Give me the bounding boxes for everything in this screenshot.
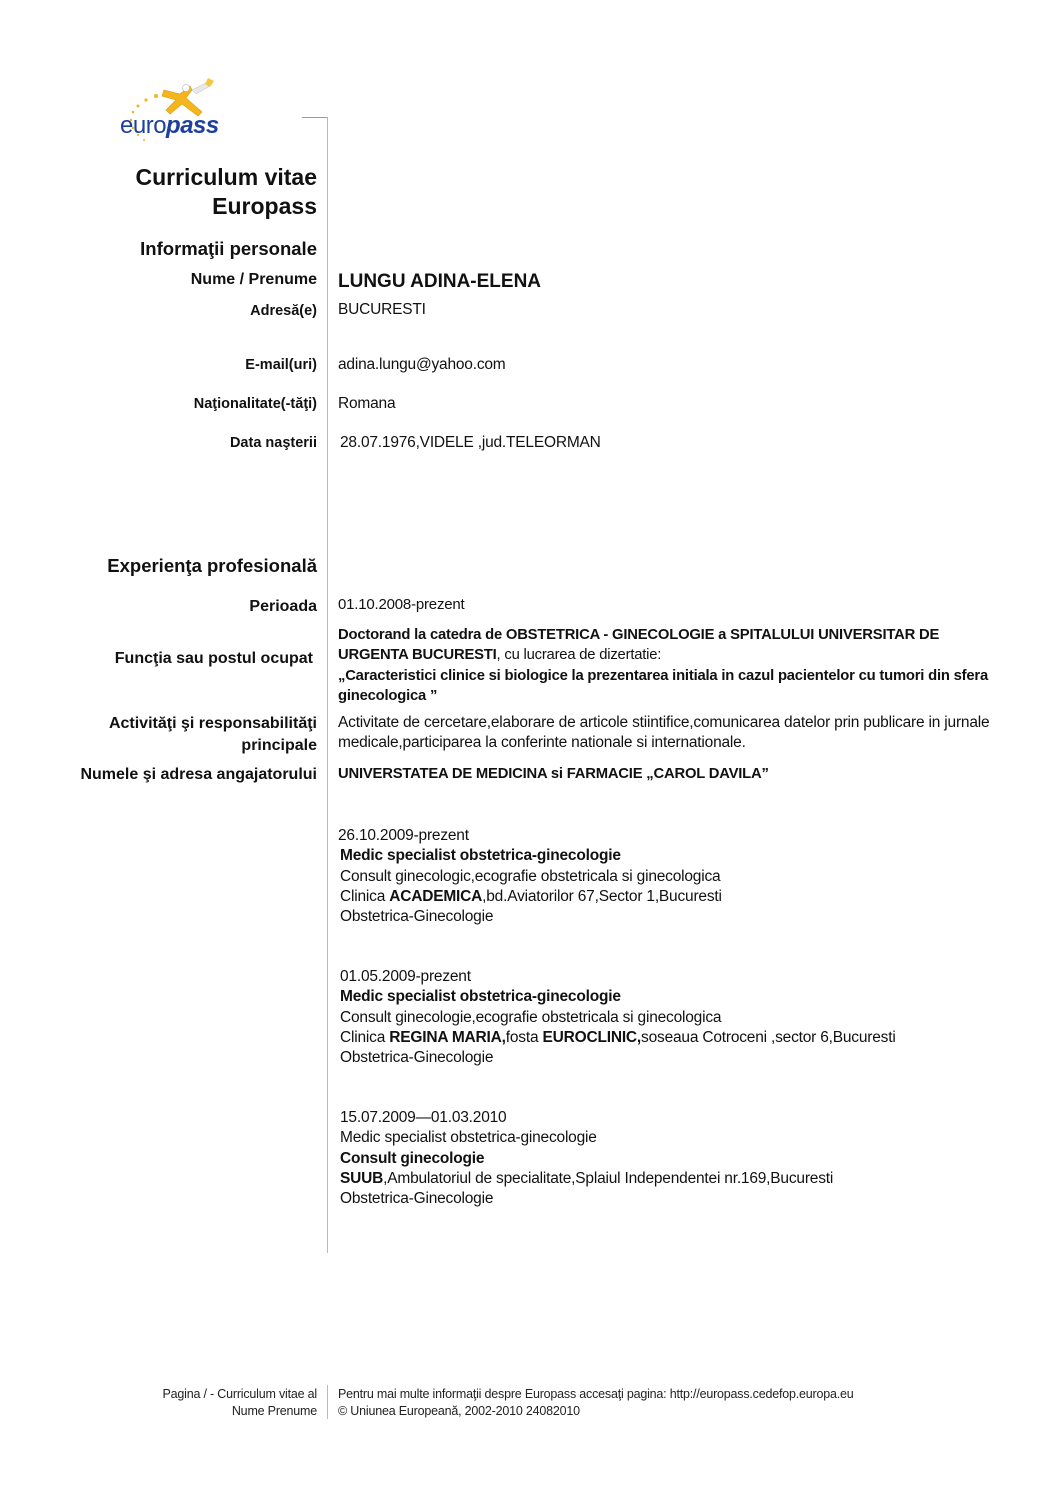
label-period: Perioada <box>249 598 317 616</box>
place-name: REGINA MARIA, <box>389 1029 506 1046</box>
entry-title: Medic specialist obstetrica-ginecologie <box>340 988 621 1005</box>
position-line-1: Doctorand la catedra de OBSTETRICA - GIN… <box>338 627 939 643</box>
footer-right-line-1[interactable]: Pentru mai multe informaţii despre Europ… <box>338 1386 854 1403</box>
entry-period: 01.05.2009-prezent <box>338 967 896 987</box>
entry-period: 26.10.2009-prezent <box>338 826 722 846</box>
europass-wordmark: europass <box>120 112 219 140</box>
wordmark-euro: euro <box>120 112 166 139</box>
section-experience-heading: Experienţa profesională <box>107 555 317 577</box>
entry-period: 15.07.2009—01.03.2010 <box>338 1108 833 1128</box>
value-birth-date: 28.07.1976,VIDELE ,jud.TELEORMAN <box>340 434 601 452</box>
label-birth-date: Data naşterii <box>230 435 317 451</box>
place-address: ,Ambulatoriul de specialitate,Splaiul In… <box>383 1170 833 1187</box>
entry-description: Consult ginecologie <box>340 1150 484 1167</box>
label-name: Nume / Prenume <box>191 271 317 289</box>
place-address: soseaua Cotroceni ,sector 6,Bucuresti <box>641 1029 896 1046</box>
europass-logo: europass <box>104 78 254 142</box>
label-activities: Activităţi şi responsabilităţi principal… <box>109 713 317 757</box>
entry-title: Medic specialist obstetrica-ginecologie <box>340 847 621 864</box>
header-bracket-line <box>302 117 328 118</box>
place-former-name: EUROCLINIC, <box>542 1029 641 1046</box>
cv-page: europass Curriculum vitae Europass Infor… <box>0 0 1058 1497</box>
value-email[interactable]: adina.lungu@yahoo.com <box>338 356 506 374</box>
place-prefix: Clinica <box>340 1029 389 1046</box>
experience-entry-1: 26.10.2009-prezent Medic specialist obst… <box>338 826 722 927</box>
value-address: BUCURESTI <box>338 301 426 319</box>
value-name: LUNGU ADINA-ELENA <box>338 271 541 293</box>
footer-europass-info: Pentru mai multe informaţii despre Europ… <box>338 1386 854 1419</box>
activities-line-2: medicale,participarea la conferinte nati… <box>338 733 989 753</box>
label-nationality: Naţionalitate(-tăţi) <box>194 396 317 412</box>
position-line-2-rest: , cu lucrarea de dizertatie: <box>497 647 662 663</box>
footer-divider <box>327 1385 328 1419</box>
experience-entry-3: 15.07.2009—01.03.2010 Medic specialist o… <box>338 1108 833 1209</box>
section-personal-info-heading: Informaţii personale <box>140 238 317 260</box>
column-divider <box>327 117 328 1253</box>
label-position: Funcţia sau postul ocupat <box>115 650 313 668</box>
value-nationality: Romana <box>338 395 395 413</box>
label-activities-line-1: Activităţi şi responsabilităţi <box>109 713 317 735</box>
title-line-1: Curriculum vitae <box>136 163 318 192</box>
entry-description: Consult ginecologic,ecografie obstetrica… <box>338 867 722 887</box>
page-title: Curriculum vitae Europass <box>136 163 318 221</box>
entry-place: Clinica REGINA MARIA,fosta EUROCLINIC,so… <box>338 1028 896 1048</box>
entry-specialty: Obstetrica-Ginecologie <box>338 1189 833 1209</box>
experience-entry-2: 01.05.2009-prezent Medic specialist obst… <box>338 967 896 1068</box>
value-employer: UNIVERSTATEA DE MEDICINA si FARMACIE „CA… <box>338 766 769 782</box>
entry-specialty: Obstetrica-Ginecologie <box>338 1048 896 1068</box>
place-address: ,bd.Aviatorilor 67,Sector 1,Bucuresti <box>482 888 722 905</box>
footer-left-line-1: Pagina / - Curriculum vitae al <box>163 1386 317 1403</box>
label-address: Adresă(e) <box>250 303 317 319</box>
label-email: E-mail(uri) <box>245 357 317 373</box>
place-prefix: Clinica <box>340 888 389 905</box>
position-line-2-bold: URGENTA BUCURESTI <box>338 647 497 663</box>
entry-specialty: Obstetrica-Ginecologie <box>338 907 722 927</box>
footer-copyright: © Uniunea Europeană, 2002-2010 24082010 <box>338 1403 854 1420</box>
entry-place: SUUB,Ambulatoriul de specialitate,Splaiu… <box>338 1169 833 1189</box>
value-position: Doctorand la catedra de OBSTETRICA - GIN… <box>338 625 988 706</box>
place-former-prefix: fosta <box>506 1029 543 1046</box>
place-name: ACADEMICA <box>389 888 482 905</box>
thesis-title-line-1: „Caracteristici clinice si biologice la … <box>338 668 988 684</box>
title-line-2: Europass <box>136 192 318 221</box>
footer-page-info: Pagina / - Curriculum vitae al Nume Pren… <box>163 1386 317 1419</box>
footer-left-line-2: Nume Prenume <box>163 1403 317 1420</box>
entry-title: Medic specialist obstetrica-ginecologie <box>338 1128 833 1148</box>
value-period: 01.10.2008-prezent <box>338 596 465 613</box>
wordmark-pass: pass <box>166 112 219 139</box>
value-activities: Activitate de cercetare,elaborare de art… <box>338 713 989 754</box>
place-name: SUUB <box>340 1170 383 1187</box>
entry-description: Consult ginecologie,ecografie obstetrica… <box>338 1008 896 1028</box>
thesis-title-line-2: ginecologica ” <box>338 688 437 704</box>
label-employer: Numele şi adresa angajatorului <box>80 766 317 784</box>
entry-place: Clinica ACADEMICA,bd.Aviatorilor 67,Sect… <box>338 887 722 907</box>
activities-line-1: Activitate de cercetare,elaborare de art… <box>338 713 989 733</box>
label-activities-line-2: principale <box>109 735 317 757</box>
